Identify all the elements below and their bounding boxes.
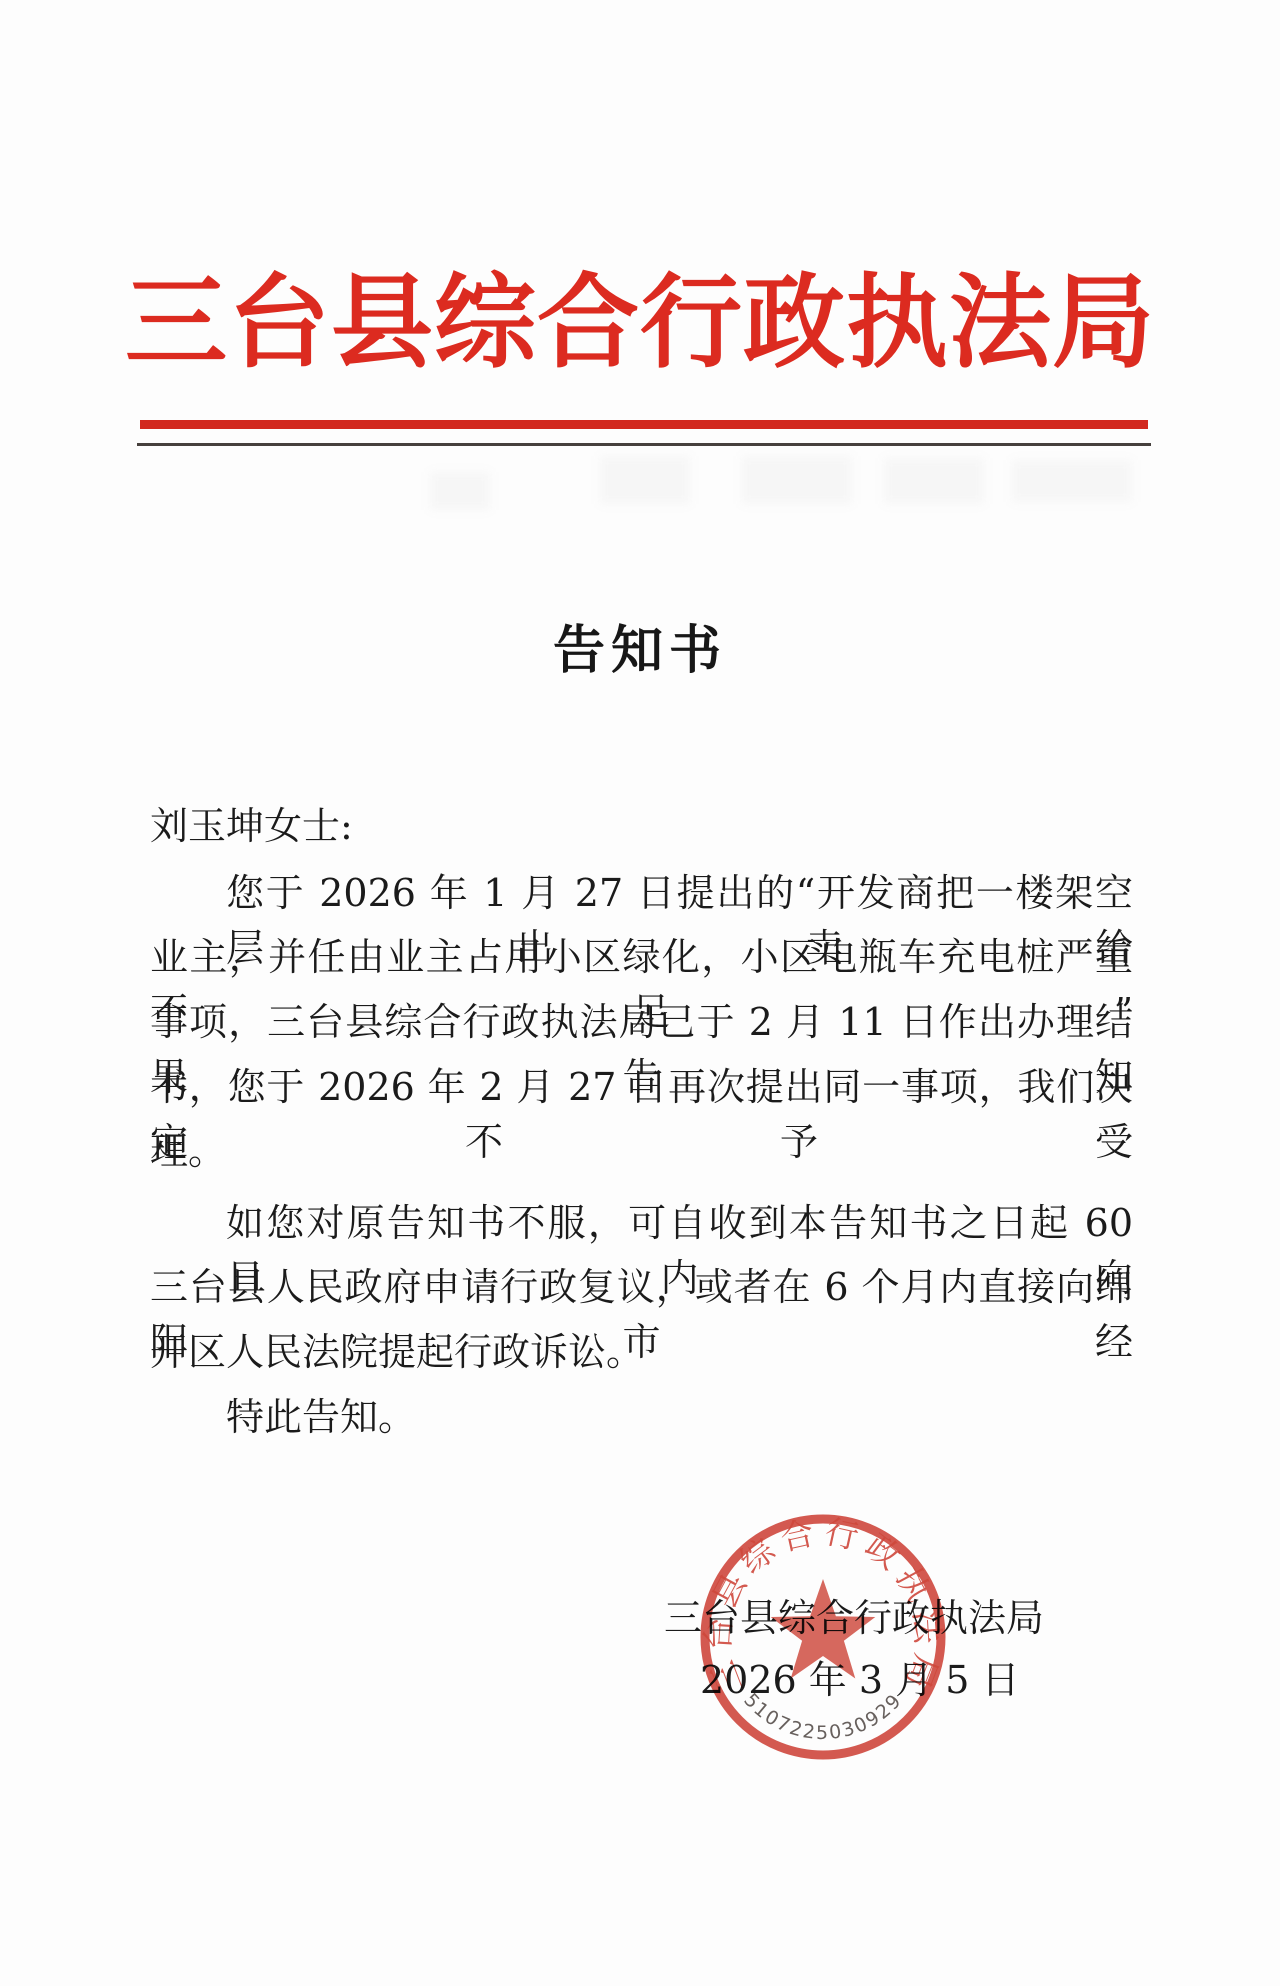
seal-star-icon [771, 1579, 876, 1679]
letterhead-agency-name: 三台县综合行政执法局 [0, 248, 1280, 398]
letterhead-rule-red [140, 420, 1148, 429]
official-seal: 三台县综合行政执法局 5107225030929 [694, 1508, 952, 1766]
body-line: 理。 [150, 1120, 1133, 1175]
scan-ghost-mark [1012, 460, 1132, 502]
notice-document-page: 三台县综合行政执法局 告知书 刘玉坤女士: 您于 2026 年 1 月 27 日… [0, 0, 1280, 1986]
salutation: 刘玉坤女士: [150, 795, 1133, 850]
body-line: 特此告知。 [150, 1386, 1133, 1441]
scan-ghost-mark [430, 472, 490, 510]
scan-ghost-mark [884, 458, 984, 504]
document-title: 告知书 [0, 608, 1280, 683]
scan-ghost-mark [600, 456, 690, 504]
body-line: 开区人民法院提起行政诉讼。 [150, 1321, 1133, 1376]
scan-ghost-mark [742, 456, 852, 504]
letterhead-rule-dark [137, 443, 1151, 446]
